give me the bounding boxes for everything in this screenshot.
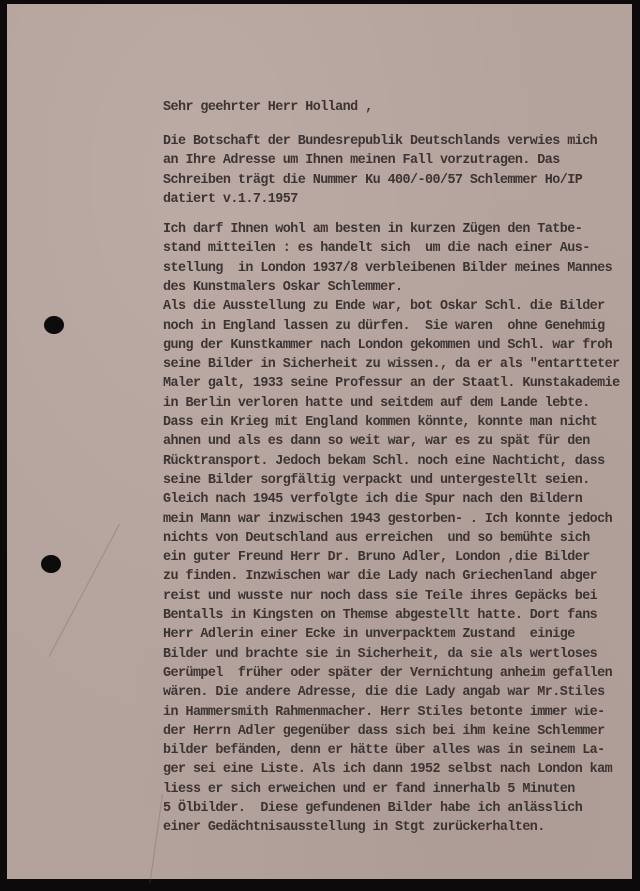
text-line: Die Botschaft der Bundesrepublik Deutsch… (163, 134, 597, 150)
text-line: wären. Die andere Adresse, die die Lady … (163, 685, 605, 701)
text-line: nichts von Deutschland aus erreichen und… (163, 531, 590, 547)
text-line: des Kunstmalers Oskar Schlemmer. (163, 280, 403, 296)
text-line: stand mitteilen : es handelt sich um die… (163, 241, 590, 257)
text-line: in Berlin verloren hatte und seitdem auf… (163, 396, 590, 412)
text-line: noch in England lassen zu dürfen. Sie wa… (163, 319, 605, 335)
text-line: stellung in London 1937/8 verbleibenen B… (163, 261, 612, 277)
text-line: an Ihre Adresse um Ihnen meinen Fall vor… (163, 153, 560, 169)
text-line: Gleich nach 1945 verfolgte ich die Spur … (163, 492, 582, 508)
text-line: Bilder und brachte sie in Sicherheit, da… (163, 647, 597, 663)
punch-hole (41, 555, 61, 573)
typewritten-letter: Sehr geehrter Herr Holland , Die Botscha… (163, 0, 633, 90)
text-line: in Hammersmith Rahmenmacher. Herr Stiles… (163, 705, 605, 721)
text-line: Dass ein Krieg mit England kommen könnte… (163, 415, 597, 431)
text-line: Rücktransport. Jedoch bekam Schl. noch e… (163, 454, 605, 470)
text-line: mein Mann war inzwischen 1943 gestorben-… (163, 512, 612, 528)
text-line: Herr Adlerin einer Ecke in unverpacktem … (163, 627, 575, 643)
text-line: bilder befänden, denn er hätte über alle… (163, 743, 605, 759)
text-line: Schreiben trägt die Nummer Ku 400/-00/57… (163, 173, 582, 189)
text-line: ahnen und als es dann so weit war, war e… (163, 434, 590, 450)
text-line: ein guter Freund Herr Dr. Bruno Adler, L… (163, 550, 590, 566)
text-line: seine Bilder sorgfältig verpackt und unt… (163, 473, 590, 489)
text-line: liess er sich erweichen und er fand inne… (163, 782, 575, 798)
text-line: seine Bilder in Sicherheit zu wissen., d… (163, 357, 620, 373)
text-line: Als die Ausstellung zu Ende war, bot Osk… (163, 299, 605, 315)
text-line: der Herrn Adler gegenüber dass sich bei … (163, 724, 605, 740)
salutation: Sehr geehrter Herr Holland , (163, 100, 373, 116)
text-line: Gerümpel früher oder später der Vernicht… (163, 666, 612, 682)
text-line: einer Gedächtnisausstellung in Stgt zurü… (163, 820, 545, 836)
text-line: reist und wusste nur noch dass sie Teile… (163, 589, 597, 605)
text-line: ger sei eine Liste. Als ich dann 1952 se… (163, 762, 612, 778)
text-line: Bentalls in Kingsten on Themse abgestell… (163, 608, 597, 624)
text-line: gung der Kunstkammer nach London gekomme… (163, 338, 612, 354)
text-line: datiert v.1.7.1957 (163, 192, 298, 208)
text-line: Maler galt, 1933 seine Professur an der … (163, 376, 620, 392)
paper-crease (149, 794, 163, 883)
text-line: zu finden. Inzwischen war die Lady nach … (163, 569, 597, 585)
paper-crease (49, 524, 120, 657)
punch-hole (44, 316, 64, 334)
text-line: Ich darf Ihnen wohl am besten in kurzen … (163, 222, 582, 238)
text-line: 5 Ölbilder. Diese gefundenen Bilder habe… (163, 801, 582, 817)
